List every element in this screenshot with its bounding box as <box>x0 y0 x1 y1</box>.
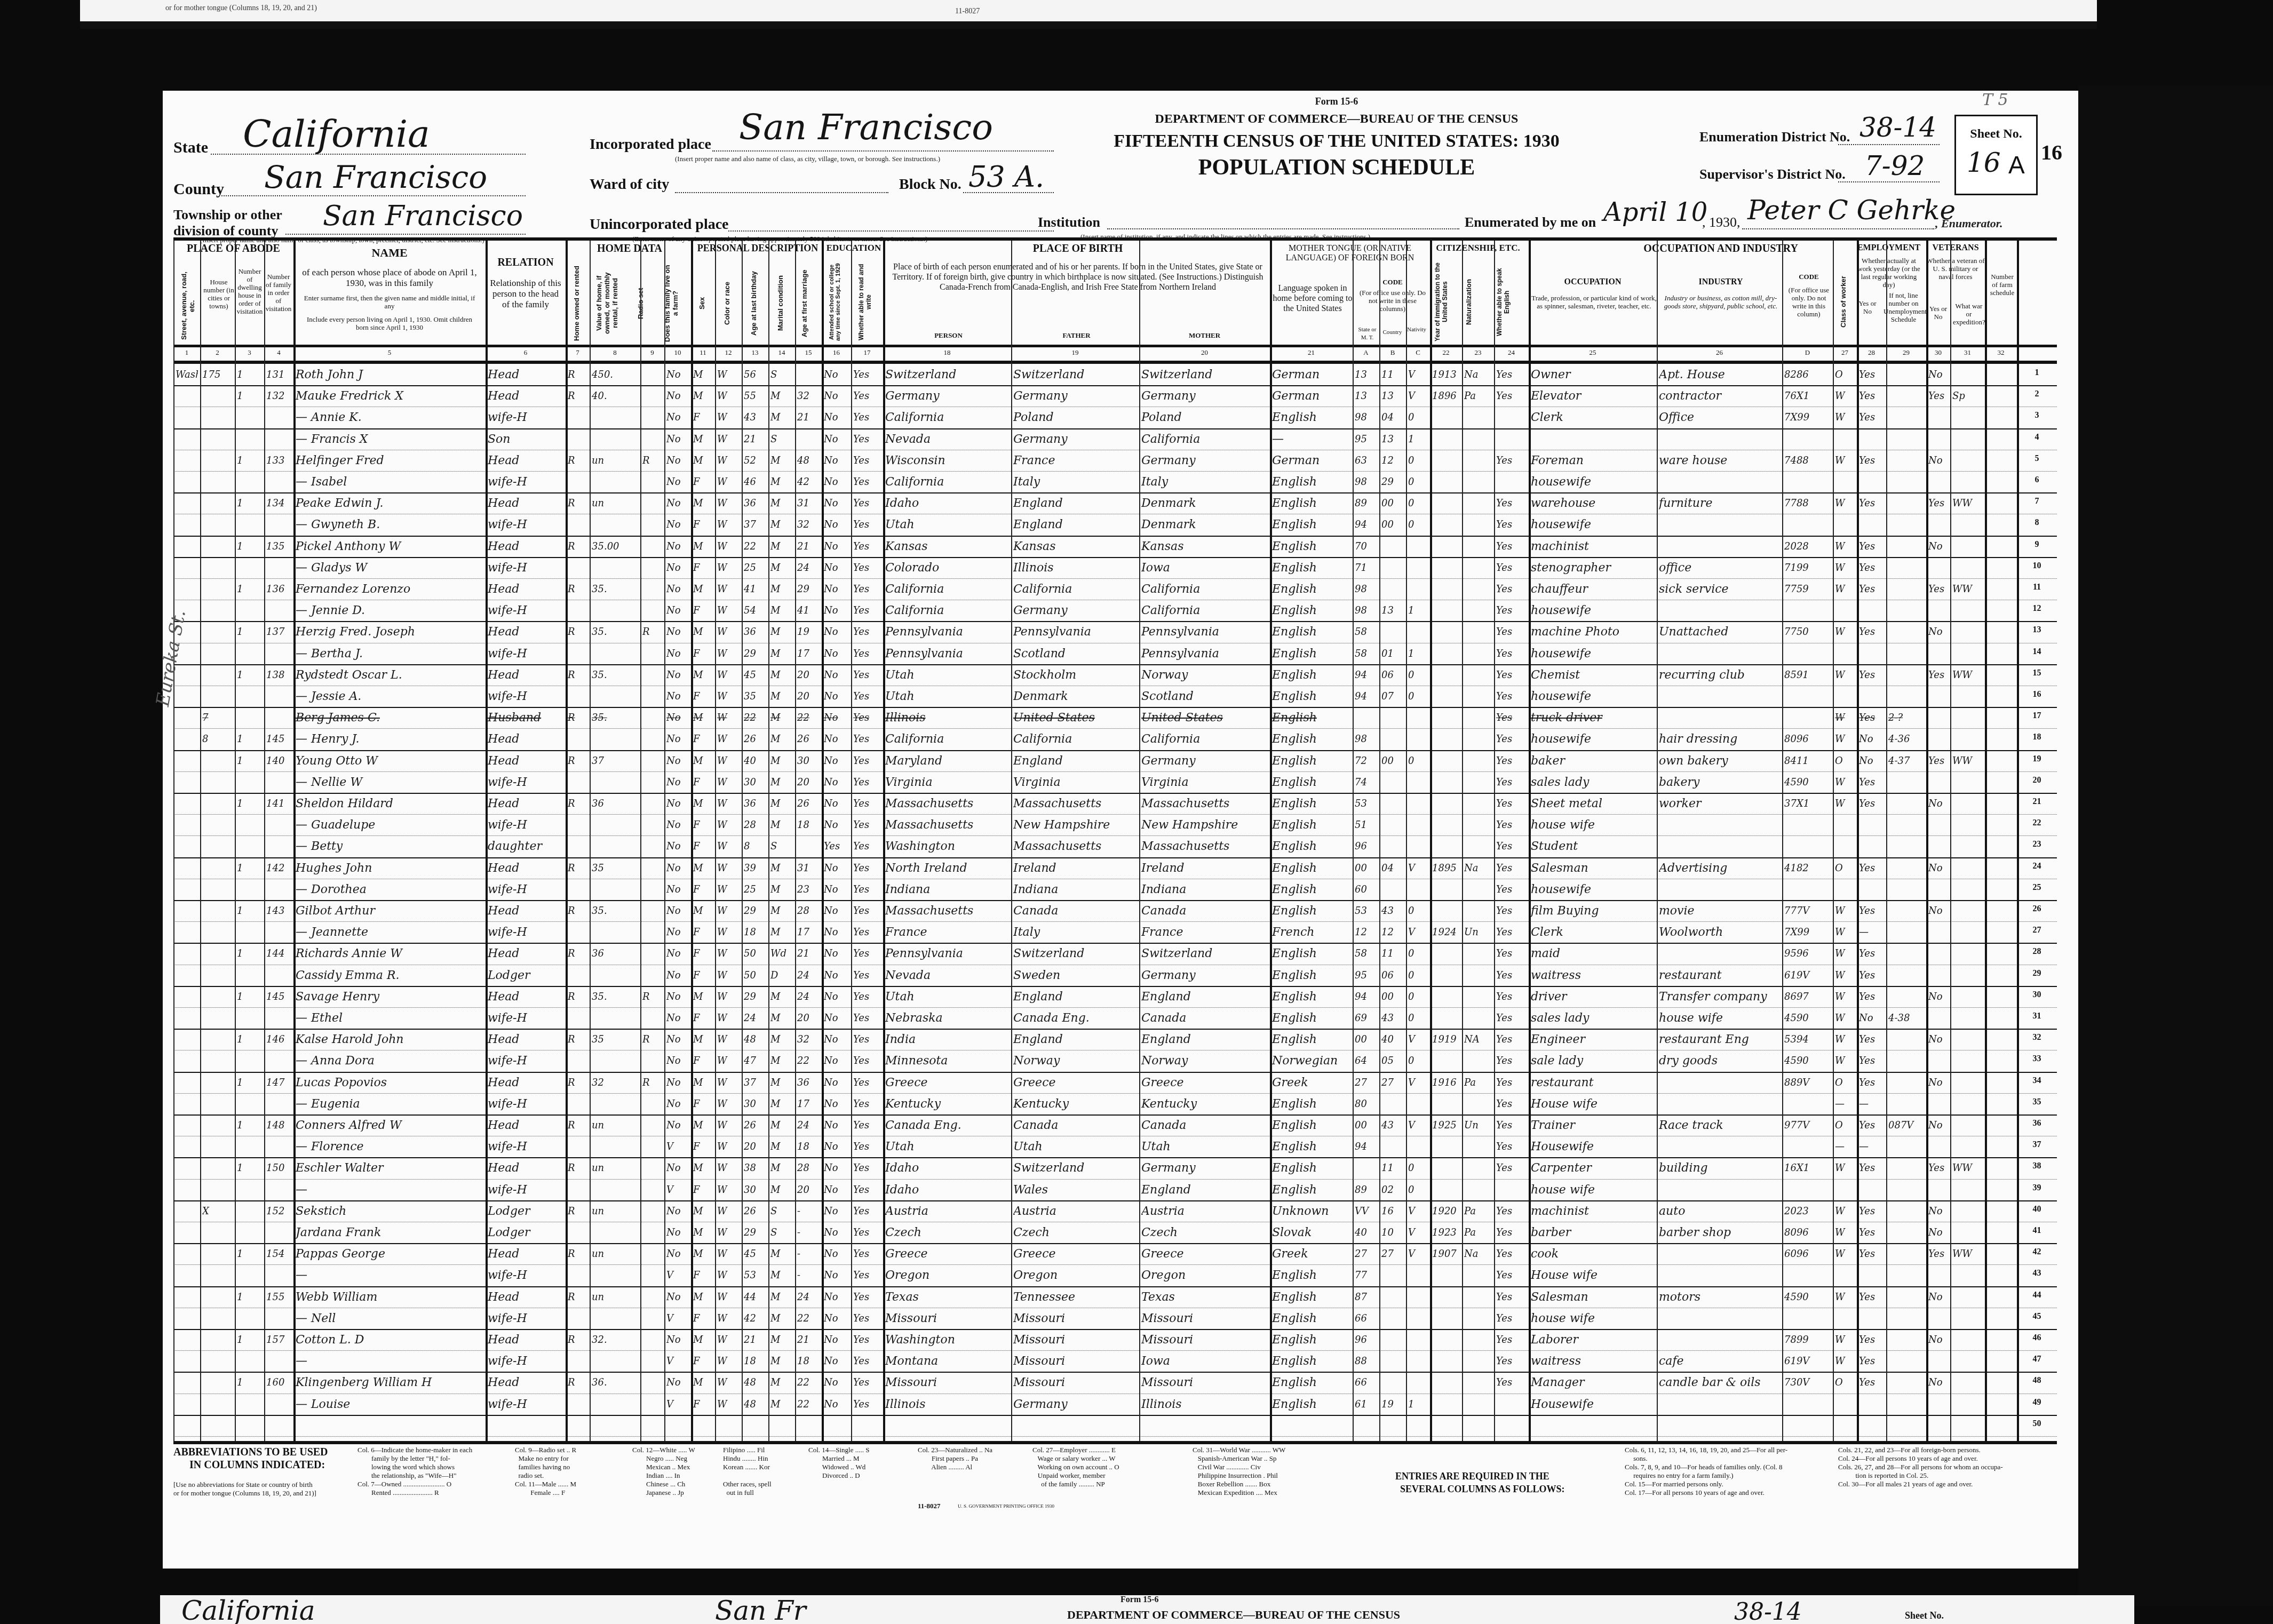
cell-read: Yes <box>853 1396 881 1414</box>
table-row[interactable]: 1135Pickel Anthony WHeadR35.00NoMW22M21N… <box>173 536 2057 558</box>
cell-vet <box>1928 881 1948 899</box>
cell-imm <box>1432 1288 1460 1307</box>
cell-cls: W <box>1835 1331 1855 1349</box>
cell-sch: No <box>824 1310 849 1328</box>
cell-A: 98 <box>1355 730 1377 749</box>
table-row[interactable]: 1134Peake Edwin J.HeadRunNoMW36M31NoYesI… <box>173 492 2057 514</box>
cell-radio <box>642 1245 662 1263</box>
table-row[interactable]: 1142Hughes JohnHeadR35NoMW39M31NoYesNort… <box>173 857 2057 879</box>
cell-farm: No <box>666 366 689 384</box>
cell-radio <box>642 559 662 577</box>
cell-lang: English <box>1272 1331 1350 1349</box>
cell-B: 12 <box>1381 452 1404 470</box>
table-row[interactable]: 81145— Henry J.HeadNoFW26M26NoYesCalifor… <box>173 728 2057 751</box>
column-number: 7 <box>566 345 590 361</box>
cell-war <box>1952 1074 1983 1092</box>
table-row[interactable]: 1147Lucas PopoviosHeadR32RNoMW37M36NoYes… <box>173 1072 2057 1094</box>
table-row[interactable]: — Florencewife-HVFW20M18NoYesUtahUtahUta… <box>173 1136 2057 1158</box>
cell-fam: 131 <box>266 366 291 384</box>
cell-mar: M <box>770 409 793 427</box>
cell-ind <box>1659 1267 1780 1285</box>
cell-pob: Pennsylvania <box>885 645 1009 663</box>
cell-B <box>1381 1352 1404 1371</box>
cell-work <box>1859 816 1884 834</box>
table-row[interactable]: 1138Rydstedt Oscar L.HeadR35.NoMW45M20No… <box>173 664 2057 686</box>
cell-age: 41 <box>744 580 766 599</box>
cell-age: 22 <box>744 538 766 556</box>
cell-cls: W <box>1835 924 1855 942</box>
enumerator-label: , Enumerator. <box>1935 217 2003 230</box>
cell-own <box>568 1181 587 1199</box>
cell-unemp <box>1888 924 1924 942</box>
table-row[interactable]: — Jeannettewife-HNoFW18M17NoYesFranceIta… <box>173 921 2057 944</box>
cell-age: 21 <box>744 1331 766 1349</box>
group-employment: EMPLOYMENT <box>1854 244 1924 252</box>
cell-street <box>176 538 198 556</box>
cell-mpob: France <box>1141 924 1268 942</box>
cell-house <box>202 688 233 706</box>
cell-street <box>176 795 198 813</box>
table-row[interactable]: 1137Herzig Fred. JosephHeadR35.RNoMW36M1… <box>173 621 2057 643</box>
cell-fpob: France <box>1013 452 1137 470</box>
table-row[interactable]: — Nellwife-HVFW42M22NoYesMissouriMissour… <box>173 1308 2057 1330</box>
cell-rel: Lodger <box>488 967 563 985</box>
line-number: 37 <box>2019 1140 2055 1150</box>
cell-unemp <box>1888 688 1924 706</box>
cell-nat <box>1464 795 1492 813</box>
cell-own: R <box>568 1074 587 1092</box>
table-row[interactable]: — Bertha J.wife-HNoFW29M17NoYesPennsylva… <box>173 643 2057 665</box>
language-description: Language spoken in home before coming to… <box>1273 283 1353 314</box>
cell-street <box>176 1095 198 1113</box>
cell-sch: No <box>824 538 849 556</box>
table-row[interactable]: 1140Young Otto WHeadR37NoMW40M30NoYesMar… <box>173 750 2057 772</box>
cell-radio <box>642 366 662 384</box>
cell-code <box>1784 709 1831 727</box>
cell-cls: W <box>1835 387 1855 405</box>
cell-cls: W <box>1835 1009 1855 1028</box>
table-row[interactable]: 1141Sheldon HildardHeadR36NoMW36M26NoYes… <box>173 793 2057 815</box>
cell-code <box>1784 1138 1831 1156</box>
cell-house <box>202 967 233 985</box>
cell-code: 8411 <box>1784 752 1831 770</box>
cell-sex: F <box>693 1095 713 1113</box>
table-row[interactable]: — Ethelwife-HNoFW24M20NoYesNebraskaCanad… <box>173 1007 2057 1030</box>
table-row[interactable]: Jardana FrankLodgerNoMW29S-NoYesCzechCze… <box>173 1222 2057 1244</box>
line-number: 44 <box>2019 1291 2055 1300</box>
table-row[interactable]: 50 <box>173 1415 2057 1437</box>
cell-vet <box>1928 409 1948 427</box>
cell-mpob: New Hampshire <box>1141 816 1268 834</box>
cell-farm: No <box>666 1052 689 1070</box>
cell-name: Savage Henry <box>296 988 483 1006</box>
cell-dwell: 1 <box>237 495 262 513</box>
cell-street <box>176 1181 198 1199</box>
table-row[interactable]: 1150Eschler WalterHeadRunNoMW38M28NoYesI… <box>173 1157 2057 1179</box>
cell-street <box>176 1331 198 1349</box>
cell-agemar: 24 <box>797 1288 820 1307</box>
cell-mar: M <box>770 795 793 813</box>
cell-imm <box>1432 967 1460 985</box>
cell-street <box>176 881 198 899</box>
table-row[interactable]: Cassidy Emma R.LodgerNoFW50D24NoYesNevad… <box>173 965 2057 987</box>
cell-vet <box>1928 1352 1948 1371</box>
previous-page-note: or for mother tongue (Columns 18, 19, 20… <box>165 4 317 13</box>
cell-sex: M <box>693 1374 713 1392</box>
line-number: 4 <box>2019 433 2055 442</box>
cell-name: Eschler Walter <box>296 1159 483 1177</box>
cell-fpob: Massachusetts <box>1013 795 1137 813</box>
cell-agemar: 22 <box>797 1052 820 1070</box>
cell-fpob: Italy <box>1013 924 1137 942</box>
cell-street <box>176 967 198 985</box>
cell-dwell: 1 <box>237 795 262 813</box>
cell-dwell <box>237 602 262 620</box>
cell-B: 06 <box>1381 666 1404 684</box>
table-row[interactable]: 1154Pappas GeorgeHeadRunNoMW45M-NoYesGre… <box>173 1243 2057 1265</box>
cell-fam: 145 <box>266 730 291 749</box>
cell-occ: housewife <box>1531 730 1655 749</box>
cell-radio <box>642 709 662 727</box>
next-page-sheet-label: Sheet No. <box>1905 1610 1944 1621</box>
cell-occ: chauffeur <box>1531 580 1655 599</box>
header-person: PERSON <box>886 331 1011 339</box>
cell-work: Yes <box>1859 1117 1884 1135</box>
col12b-abbrev: Filipino ..... Fil Hindu ........ Hin Ko… <box>723 1446 772 1497</box>
table-row[interactable]: — Annie K.wife-HNoFW43M21NoYesCalifornia… <box>173 407 2057 429</box>
cell-name: — Nellie W <box>296 774 483 792</box>
cell-C <box>1408 709 1428 727</box>
cell-sex: F <box>693 1267 713 1285</box>
cell-occ: sales lady <box>1531 774 1655 792</box>
cell-vet: No <box>1928 988 1948 1006</box>
table-row[interactable]: 1155Webb WilliamHeadRunNoMW44M24NoYesTex… <box>173 1286 2057 1308</box>
cell-sex: F <box>693 1009 713 1028</box>
cell-sex: M <box>693 1031 713 1049</box>
table-row[interactable]: 1143Gilbot ArthurHeadR35.NoMW29M28NoYesM… <box>173 900 2057 922</box>
cell-code <box>1784 431 1831 449</box>
line-number: 22 <box>2019 818 2055 828</box>
cell-sex: M <box>693 495 713 513</box>
cell-street <box>176 1267 198 1285</box>
cell-value: 36 <box>592 945 638 963</box>
cell-C: 0 <box>1408 516 1428 534</box>
form-number: Form 15-6 <box>1070 96 1603 107</box>
cell-name: — Dorothea <box>296 881 483 899</box>
cell-sex: M <box>693 666 713 684</box>
cell-street <box>176 945 198 963</box>
cell-war <box>1952 902 1983 920</box>
cell-ind <box>1659 1331 1780 1349</box>
table-row[interactable]: — Jennie D.wife-HNoFW54M41NoYesCaliforni… <box>173 600 2057 622</box>
cell-race: W <box>717 1331 740 1349</box>
cell-imm <box>1432 623 1460 641</box>
cell-rel: wife-H <box>488 1095 563 1113</box>
header-street: Street, avenue, road, etc. <box>180 270 196 342</box>
cell-fam <box>266 838 291 856</box>
cell-fam: 157 <box>266 1331 291 1349</box>
cell-ind <box>1659 431 1780 449</box>
cell-imm <box>1432 1095 1460 1113</box>
cell-own: R <box>568 666 587 684</box>
cell-age: 37 <box>744 1074 766 1092</box>
cell-fpob: United States <box>1013 709 1137 727</box>
abbreviations-footer: ABBREVIATIONS TO BE USED IN COLUMNS INDI… <box>173 1443 2057 1550</box>
cell-street <box>176 816 198 834</box>
cell-occ: Clerk <box>1531 924 1655 942</box>
table-row[interactable]: 7Berg James C.HusbandR35.NoMW22M22NoYesI… <box>173 707 2057 729</box>
cell-unemp <box>1888 516 1924 534</box>
cell-cls: O <box>1835 752 1855 770</box>
cell-imm <box>1432 1331 1460 1349</box>
cell-read: Yes <box>853 1245 881 1263</box>
cell-vet <box>1928 431 1948 449</box>
cell-code: 7788 <box>1784 495 1831 513</box>
cell-radio <box>642 924 662 942</box>
cell-own <box>568 602 587 620</box>
cell-agemar: 32 <box>797 516 820 534</box>
cell-pob: Oregon <box>885 1267 1009 1285</box>
ward-label: Ward of city <box>590 176 669 193</box>
cell-value: un <box>592 1159 638 1177</box>
table-row[interactable]: 1133Helfinger FredHeadRunRNoMW52M48NoYes… <box>173 450 2057 472</box>
cell-fpob: Germany <box>1013 387 1137 405</box>
cell-radio: R <box>642 988 662 1006</box>
cell-dwell <box>237 559 262 577</box>
cell-sch: No <box>824 495 849 513</box>
cell-code <box>1784 473 1831 491</box>
cell-mpob: Kentucky <box>1141 1095 1268 1113</box>
cell-name: Pappas George <box>296 1245 483 1263</box>
incorporated-line <box>712 150 1054 152</box>
cell-imm: 1913 <box>1432 366 1460 384</box>
cell-C: 1 <box>1408 645 1428 663</box>
cell-war <box>1952 795 1983 813</box>
cell-mar: M <box>770 645 793 663</box>
cell-nat: Na <box>1464 1245 1492 1263</box>
cell-value <box>592 559 638 577</box>
cell-C <box>1408 1138 1428 1156</box>
cell-fam <box>266 881 291 899</box>
cell-value <box>592 602 638 620</box>
cell-read: Yes <box>853 1031 881 1049</box>
cell-nat <box>1464 1417 1492 1435</box>
cell-mpob: Pennsylvania <box>1141 623 1268 641</box>
cell-C <box>1408 730 1428 749</box>
cell-mpob: Denmark <box>1141 516 1268 534</box>
cell-cls <box>1835 881 1855 899</box>
cell-rel: wife-H <box>488 1138 563 1156</box>
table-row[interactable]: Wash1751131Roth John JHeadR450.NoMW56SNo… <box>173 364 2057 386</box>
cell-race: W <box>717 1159 740 1177</box>
cell-lang: English <box>1272 709 1350 727</box>
cell-street <box>176 838 198 856</box>
cell-cls: O <box>1835 366 1855 384</box>
table-row[interactable]: 1145Savage HenryHeadR35.RNoMW29M24NoYesU… <box>173 986 2057 1008</box>
table-row[interactable]: 1157Cotton L. DHeadR32.NoMW21M21NoYesWas… <box>173 1329 2057 1351</box>
cell-sex: F <box>693 602 713 620</box>
table-row[interactable]: — Gladys Wwife-HNoFW25M24NoYesColoradoIl… <box>173 557 2057 579</box>
cell-name: — Gladys W <box>296 559 483 577</box>
cell-fam <box>266 774 291 792</box>
cell-read: Yes <box>853 1203 881 1221</box>
cell-dwell <box>237 516 262 534</box>
cell-work <box>1859 516 1884 534</box>
cell-own: R <box>568 1331 587 1349</box>
table-row[interactable]: 1146Kalse Harold JohnHeadR35RNoMW48M32No… <box>173 1029 2057 1050</box>
cell-cls: W <box>1835 988 1855 1006</box>
cell-war <box>1952 816 1983 834</box>
cell-race: W <box>717 1267 740 1285</box>
cell-vet: Yes <box>1928 387 1948 405</box>
cell-imm <box>1432 580 1460 599</box>
cell-fpob: England <box>1013 988 1137 1006</box>
header-industry: INDUSTRY <box>1659 278 1782 286</box>
cell-imm <box>1432 688 1460 706</box>
table-row[interactable]: 1160Klingenberg William HHeadR36.NoMW48M… <box>173 1372 2057 1394</box>
cell-unemp <box>1888 902 1924 920</box>
cell-street <box>176 1009 198 1028</box>
cell-imm: 1919 <box>1432 1031 1460 1049</box>
cell-lang: English <box>1272 1031 1350 1049</box>
cell-dwell: 1 <box>237 902 262 920</box>
cell-vet <box>1928 473 1948 491</box>
cell-C: 1 <box>1408 602 1428 620</box>
cell-agemar: 22 <box>797 1396 820 1414</box>
table-row[interactable]: 1136Fernandez LorenzoHeadR35.NoMW41M29No… <box>173 578 2057 600</box>
cell-code: 889V <box>1784 1074 1831 1092</box>
cell-B: 04 <box>1381 409 1404 427</box>
table-row[interactable]: 1148Conners Alfred WHeadRunNoMW26M24NoYe… <box>173 1114 2057 1136</box>
block-label: Block No. <box>899 176 961 193</box>
cell-unemp: 087V <box>1888 1117 1924 1135</box>
cell-agemar: - <box>797 1245 820 1263</box>
cell-read: Yes <box>853 602 881 620</box>
cell-mar: M <box>770 495 793 513</box>
cell-A: 66 <box>1355 1310 1377 1328</box>
cell-A <box>1355 1417 1377 1435</box>
cell-A: 58 <box>1355 623 1377 641</box>
cell-B <box>1381 881 1404 899</box>
column-divider <box>1529 241 1531 1441</box>
cell-agemar: - <box>797 1267 820 1285</box>
cell-house <box>202 516 233 534</box>
cell-mpob: Norway <box>1141 666 1268 684</box>
table-row[interactable]: X152SekstichLodgerRunNoMW26S-NoYesAustri… <box>173 1200 2057 1222</box>
table-row[interactable]: — Louisewife-HVFW48M22NoYesIllinoisGerma… <box>173 1394 2057 1416</box>
table-row[interactable]: — Guadelupewife-HNoFW28M18NoYesMassachus… <box>173 814 2057 836</box>
cell-code: 4182 <box>1784 859 1831 878</box>
line-number: 31 <box>2019 1012 2055 1021</box>
cell-read: Yes <box>853 838 881 856</box>
cell-race: W <box>717 967 740 985</box>
line-number: 19 <box>2019 754 2055 764</box>
cell-mpob: Massachusetts <box>1141 795 1268 813</box>
cell-read: Yes <box>853 1095 881 1113</box>
cell-work: Yes <box>1859 666 1884 684</box>
cell-mar: S <box>770 838 793 856</box>
cell-name: — Isabel <box>296 473 483 491</box>
cell-vet <box>1928 688 1948 706</box>
column-number: 17 <box>851 345 883 361</box>
cell-ind <box>1659 473 1780 491</box>
table-row[interactable]: — Eugeniawife-HNoFW30M17NoYesKentuckyKen… <box>173 1093 2057 1116</box>
cell-street <box>176 516 198 534</box>
cell-fam <box>266 559 291 577</box>
cell-sch: No <box>824 1138 849 1156</box>
table-row[interactable]: — Nellie Wwife-HNoFW30M20NoYesVirginiaVi… <box>173 771 2057 794</box>
table-row[interactable]: — Jessie A.wife-HNoFW35M20NoYesUtahDenma… <box>173 686 2057 708</box>
column-divider <box>1782 241 1783 1441</box>
cell-war <box>1952 1331 1983 1349</box>
cell-A: 88 <box>1355 1352 1377 1371</box>
cell-sch: No <box>824 1352 849 1371</box>
cell-B: 43 <box>1381 1117 1404 1135</box>
cell-imm: 1895 <box>1432 859 1460 878</box>
line-number: 33 <box>2019 1054 2055 1064</box>
cell-rel: Head <box>488 495 563 513</box>
cell-own: R <box>568 538 587 556</box>
cell-nat <box>1464 1181 1492 1199</box>
table-row[interactable]: —wife-HVFW30M20NoYesIdahoWalesEnglandEng… <box>173 1179 2057 1201</box>
table-row[interactable]: 1144Richards Annie WHeadR36NoFW50Wd21NoY… <box>173 943 2057 965</box>
cell-street <box>176 859 198 878</box>
table-row[interactable]: — Dorotheawife-HNoFW25M23NoYesIndianaInd… <box>173 879 2057 901</box>
cell-race: W <box>717 881 740 899</box>
cell-unemp <box>1888 1224 1924 1242</box>
cell-street <box>176 1288 198 1307</box>
cell-name: Sheldon Hildard <box>296 795 483 813</box>
table-row[interactable]: —wife-HVFW18M18NoYesMontanaMissouriIowaE… <box>173 1350 2057 1373</box>
cell-sch: No <box>824 730 849 749</box>
cell-pob: Nevada <box>885 967 1009 985</box>
cell-value <box>592 516 638 534</box>
cell-street <box>176 431 198 449</box>
cell-mpob: California <box>1141 580 1268 599</box>
cell-code <box>1784 881 1831 899</box>
cell-eng: Yes <box>1496 366 1527 384</box>
cell-dwell: 1 <box>237 1074 262 1092</box>
cell-age: 36 <box>744 795 766 813</box>
cell-code: 7488 <box>1784 452 1831 470</box>
cell-dwell <box>237 838 262 856</box>
table-row[interactable]: — Gwyneth B.wife-HNoFW37M32NoYesUtahEngl… <box>173 514 2057 536</box>
cell-C <box>1408 838 1428 856</box>
cell-agemar: 19 <box>797 623 820 641</box>
cell-rel <box>488 1417 563 1435</box>
cell-ind <box>1659 1095 1780 1113</box>
table-row[interactable]: —wife-HVFW53M-NoYesOregonOregonOregonEng… <box>173 1264 2057 1287</box>
cell-occ: maid <box>1531 945 1655 963</box>
table-row[interactable]: — Anna Dorawife-HNoFW47M22NoYesMinnesota… <box>173 1050 2057 1072</box>
cell-A: 96 <box>1355 838 1377 856</box>
table-row[interactable]: — Francis XSonNoMW21SNoYesNevadaGermanyC… <box>173 428 2057 450</box>
cell-vet: No <box>1928 538 1948 556</box>
cell-house <box>202 859 233 878</box>
township-line <box>285 234 526 235</box>
column-number: 19 <box>1011 345 1139 361</box>
line-number: 16 <box>2019 690 2055 699</box>
table-row[interactable]: 1132Mauke Fredrick XHeadR40.NoMW55M32NoY… <box>173 385 2057 407</box>
cell-agemar: 20 <box>797 1181 820 1199</box>
cell-value <box>592 816 638 834</box>
sheet-number: 16 <box>1967 147 2001 178</box>
table-row[interactable]: — BettydaughterNoFW8SYesYesWashingtonMas… <box>173 835 2057 858</box>
cell-agemar: 22 <box>797 1374 820 1392</box>
table-row[interactable]: — Isabelwife-HNoFW46M42NoYesCaliforniaIt… <box>173 471 2057 493</box>
cell-dwell: 1 <box>237 580 262 599</box>
cell-read: Yes <box>853 1288 881 1307</box>
